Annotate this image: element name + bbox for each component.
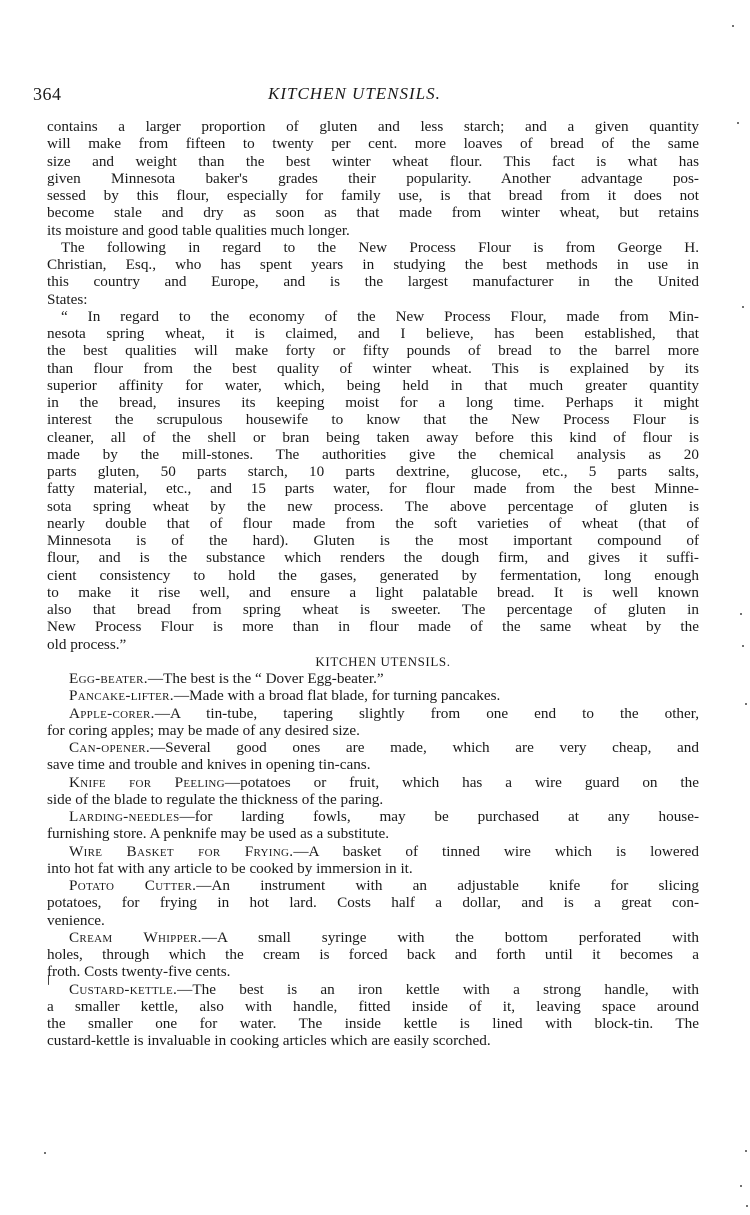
entry-custard-kettle: Custard-kettle.—The best is an iron kett… — [47, 981, 699, 1050]
text-line: into hot fat with any article to be cook… — [47, 860, 699, 877]
text-line: fatty material, etc., and 15 parts water… — [47, 480, 699, 497]
text-line: in the bread, insures its keeping moist … — [47, 394, 699, 411]
text-line: Larding-needles—for larding fowls, may b… — [47, 808, 699, 825]
entry-can-opener: Can-opener.—Several good ones are made, … — [47, 739, 699, 774]
text-line: flour, and is the substance which render… — [47, 549, 699, 566]
entry-text: —The best is an iron kettle with a stron… — [177, 981, 699, 998]
scan-speck — [737, 122, 739, 124]
scan-speck — [745, 1150, 747, 1152]
page-number: 364 — [33, 84, 62, 105]
text-line: froth. Costs twenty-five cents. — [47, 963, 699, 980]
text-line: Cream Whipper.—A small syringe with the … — [47, 929, 699, 946]
text-line: Potato Cutter.—An instrument with an adj… — [47, 877, 699, 894]
entry-text: —potatoes or fruit, which has a wire gua… — [225, 774, 699, 791]
paragraph-christian-intro: The following in regard to the New Proce… — [47, 239, 699, 308]
entry-egg-beater: Egg-beater.—The best is the “ Dover Egg-… — [47, 670, 699, 687]
text-line: New Process Flour is more than in flour … — [47, 618, 699, 635]
entry-term: Wire Basket for Frying. — [69, 843, 293, 860]
scan-speck — [740, 613, 742, 615]
entry-term: Potato Cutter. — [69, 877, 196, 894]
entry-cream-whipper: Cream Whipper.—A small syringe with the … — [47, 929, 699, 981]
text-line: The following in regard to the New Proce… — [47, 239, 699, 256]
scan-speck — [44, 1152, 46, 1154]
text-line: venience. — [47, 912, 699, 929]
text-line: interest the scrupulous housewife to kno… — [47, 411, 699, 428]
entry-term: Knife for Peeling — [69, 774, 225, 791]
text-line: the smaller one for water. The inside ke… — [47, 1015, 699, 1032]
entry-text: —A basket of tinned wire which is lowere… — [293, 843, 699, 860]
text-line: save time and trouble and knives in open… — [47, 756, 699, 773]
entry-text: —for larding fowls, may be purchased at … — [180, 808, 700, 825]
text-line: Wire Basket for Frying.—A basket of tinn… — [47, 843, 699, 860]
scan-speck — [745, 703, 747, 705]
text-line: Pancake-lifter.—Made with a broad flat b… — [47, 687, 699, 704]
text-line: sessed by this flour, especially for fam… — [47, 187, 699, 204]
text-line: Minnesota is of the hard). Gluten is the… — [47, 532, 699, 549]
text-line: this country and Europe, and is the larg… — [47, 273, 699, 290]
text-line: a smaller kettle, also with handle, fitt… — [47, 998, 699, 1015]
text-line: its moisture and good table qualities mu… — [47, 222, 699, 239]
entry-term: Cream Whipper. — [69, 929, 202, 946]
entry-term: Apple-corer. — [69, 705, 155, 722]
entry-text: —The best is the “ Dover Egg-beater.” — [148, 670, 384, 687]
text-line: old process.” — [47, 636, 699, 653]
scan-speck — [742, 645, 744, 647]
entry-term: Egg-beater. — [69, 670, 148, 687]
entry-text: —A small syringe with the bottom perfora… — [202, 929, 699, 946]
entry-text: —An instrument with an adjustable knife … — [196, 877, 699, 894]
entry-potato-cutter: Potato Cutter.—An instrument with an adj… — [47, 877, 699, 929]
entry-pancake-lifter: Pancake-lifter.—Made with a broad flat b… — [47, 687, 699, 704]
entry-wire-basket-for-frying: Wire Basket for Frying.—A basket of tinn… — [47, 843, 699, 878]
text-line: the best qualities will make forty or fi… — [47, 342, 699, 359]
text-line: nearly double that of flour made from th… — [47, 515, 699, 532]
text-line: side of the blade to regulate the thickn… — [47, 791, 699, 808]
entry-larding-needles: Larding-needles—for larding fowls, may b… — [47, 808, 699, 843]
text-line: cient consistency to hold the gases, gen… — [47, 567, 699, 584]
text-line: States: — [47, 291, 699, 308]
section-heading: KITCHEN UTENSILS. — [47, 653, 699, 670]
text-line: will make from fifteen to twenty per cen… — [47, 135, 699, 152]
book-page: 364 KITCHEN UTENSILS. contains a larger … — [0, 0, 750, 1215]
text-line: to make it rise well, and ensure a light… — [47, 584, 699, 601]
text-line: also that bread from spring wheat is swe… — [47, 601, 699, 618]
entry-text: —Several good ones are made, which are v… — [150, 739, 699, 756]
entry-text: —Made with a broad flat blade, for turni… — [174, 687, 500, 704]
text-line: furnishing store. A penknife may be used… — [47, 825, 699, 842]
running-head: 364 KITCHEN UTENSILS. — [33, 84, 698, 106]
running-title: KITCHEN UTENSILS. — [268, 84, 441, 104]
scan-speck — [740, 1185, 742, 1187]
text-line: Knife for Peeling—potatoes or fruit, whi… — [47, 774, 699, 791]
body-text: contains a larger proportion of gluten a… — [47, 118, 699, 1050]
text-line: Egg-beater.—The best is the “ Dover Egg-… — [47, 670, 699, 687]
text-line: size and weight than the best winter whe… — [47, 153, 699, 170]
text-line: contains a larger proportion of gluten a… — [47, 118, 699, 135]
text-line: cleaner, all of the shell or bran being … — [47, 429, 699, 446]
text-line: nesota spring wheat, it is claimed, and … — [47, 325, 699, 342]
scan-speck — [48, 975, 49, 985]
text-line: parts gluten, 50 parts starch, 10 parts … — [47, 463, 699, 480]
text-line: holes, through which the cream is forced… — [47, 946, 699, 963]
text-line: superior affinity for water, which, bein… — [47, 377, 699, 394]
text-line: Can-opener.—Several good ones are made, … — [47, 739, 699, 756]
text-line: Apple-corer.—A tin-tube, tapering slight… — [47, 705, 699, 722]
entry-text: —A tin-tube, tapering slightly from one … — [155, 705, 699, 722]
text-line: become stale and dry as soon as that mad… — [47, 204, 699, 221]
text-line: custard-kettle is invaluable in cooking … — [47, 1032, 699, 1049]
text-line: than flour from the best quality of wint… — [47, 360, 699, 377]
paragraph-quotation: “ In regard to the economy of the New Pr… — [47, 308, 699, 653]
entry-apple-corer: Apple-corer.—A tin-tube, tapering slight… — [47, 705, 699, 740]
paragraph-gluten-continuation: contains a larger proportion of gluten a… — [47, 118, 699, 239]
entry-term: Custard-kettle. — [69, 981, 177, 998]
text-line: Christian, Esq., who has spent years in … — [47, 256, 699, 273]
entry-term: Can-opener. — [69, 739, 150, 756]
text-line: for coring apples; may be made of any de… — [47, 722, 699, 739]
scan-speck — [732, 25, 734, 27]
text-line: “ In regard to the economy of the New Pr… — [47, 308, 699, 325]
scan-speck — [742, 306, 744, 308]
entry-term: Larding-needles — [69, 808, 180, 825]
text-line: made by the mill-stones. The authorities… — [47, 446, 699, 463]
text-line: sota spring wheat by the new process. Th… — [47, 498, 699, 515]
text-line: given Minnesota baker's grades their pop… — [47, 170, 699, 187]
text-line: Custard-kettle.—The best is an iron kett… — [47, 981, 699, 998]
scan-speck — [746, 1205, 748, 1207]
entry-knife-for-peeling: Knife for Peeling—potatoes or fruit, whi… — [47, 774, 699, 809]
entry-term: Pancake-lifter. — [69, 687, 174, 704]
text-line: potatoes, for frying in hot lard. Costs … — [47, 894, 699, 911]
